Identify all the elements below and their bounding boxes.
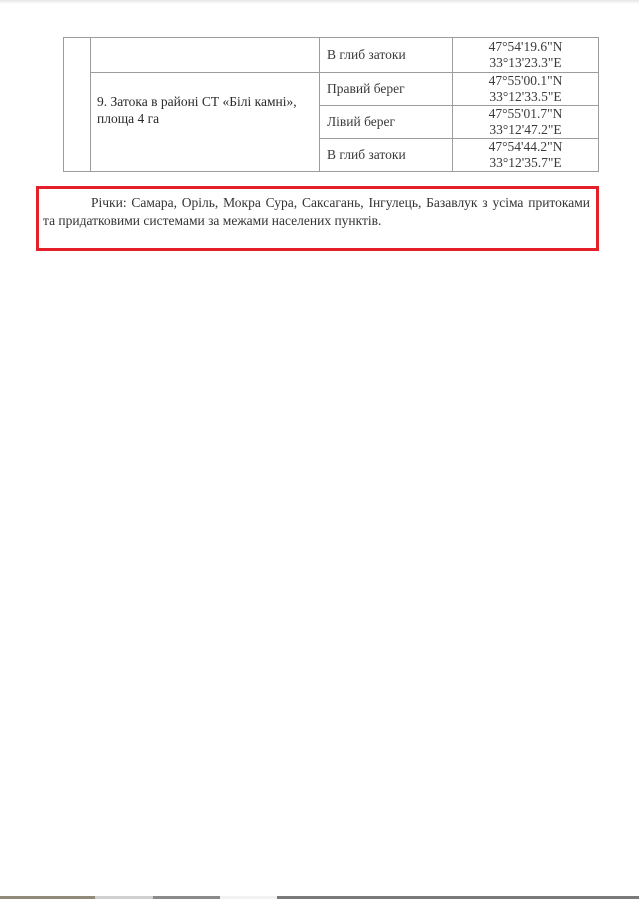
longitude: 33°12'35.7"E	[453, 155, 598, 171]
rivers-note: Річки: Самара, Оріль, Мокра Сура, Саксаг…	[43, 194, 590, 230]
longitude: 33°12'47.2"E	[453, 122, 598, 138]
number-cell	[64, 38, 91, 172]
scan-top-edge	[0, 0, 639, 4]
coordinate-cell: 47°54'44.2"N 33°12'35.7"E	[453, 139, 599, 172]
latitude: 47°54'19.6"N	[453, 39, 598, 55]
latitude: 47°54'44.2"N	[453, 139, 598, 155]
highlighted-note-box: Річки: Самара, Оріль, Мокра Сура, Саксаг…	[36, 186, 599, 251]
site-name: 9. Затока в районі СТ «Білі камні», площ…	[97, 93, 313, 127]
point-cell: В глиб затоки	[320, 139, 453, 172]
coordinate-cell: 47°55'00.1"N 33°12'33.5"E	[453, 73, 599, 106]
coordinates-table: В глиб затоки 47°54'19.6"N 33°13'23.3"E …	[63, 37, 599, 172]
latitude: 47°55'00.1"N	[453, 73, 598, 89]
longitude: 33°13'23.3"E	[453, 55, 598, 71]
longitude: 33°12'33.5"E	[453, 89, 598, 105]
name-cell	[91, 38, 320, 73]
table-row: В глиб затоки 47°54'19.6"N 33°13'23.3"E	[64, 38, 599, 73]
latitude: 47°55'01.7"N	[453, 106, 598, 122]
coordinate-cell: 47°54'19.6"N 33°13'23.3"E	[453, 38, 599, 73]
point-cell: Правий берег	[320, 73, 453, 106]
table-row: 9. Затока в районі СТ «Білі камні», площ…	[64, 73, 599, 106]
point-cell: В глиб затоки	[320, 38, 453, 73]
name-cell: 9. Затока в районі СТ «Білі камні», площ…	[91, 73, 320, 172]
coordinate-cell: 47°55'01.7"N 33°12'47.2"E	[453, 106, 599, 139]
point-cell: Лівий берег	[320, 106, 453, 139]
